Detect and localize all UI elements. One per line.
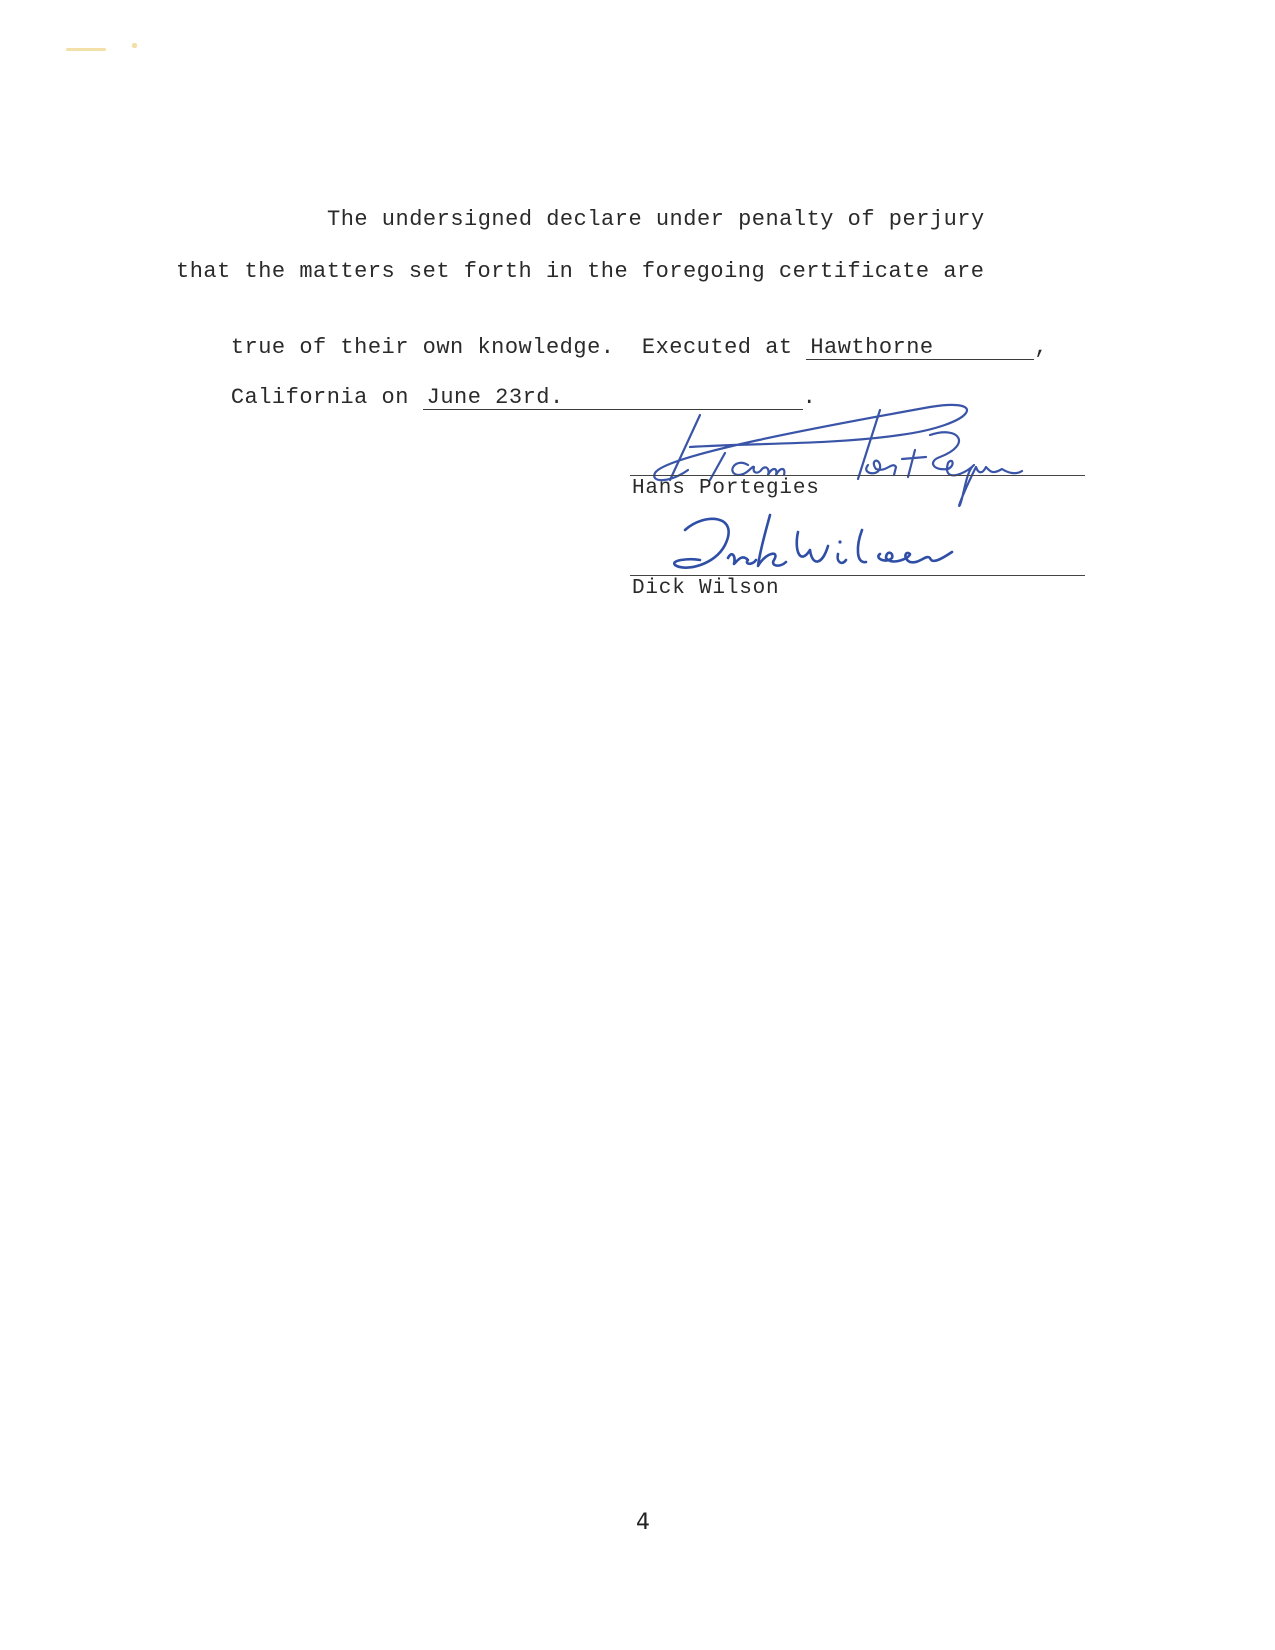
executed-at-value: Hawthorne [810, 335, 933, 360]
declaration-line-1: The undersigned declare under penalty of… [327, 207, 985, 232]
scan-artifact [132, 43, 137, 48]
executed-at-field: Hawthorne [806, 337, 1034, 360]
line-3-text: true of their own knowledge. Executed at [231, 335, 807, 360]
signature-block-dick-wilson: Dick Wilson [630, 510, 1085, 610]
page-number: 4 [636, 1510, 650, 1535]
signatory-name: Dick Wilson [632, 577, 779, 600]
signature-line [630, 575, 1085, 576]
declaration-line-2: that the matters set forth in the forego… [176, 259, 984, 284]
signatory-name: Hans Portegies [632, 477, 820, 500]
signature-block-hans-portegies: Hans Portegies [630, 395, 1085, 505]
document-page: The undersigned declare under penalty of… [0, 0, 1275, 1650]
line-3-suffix: , [1034, 335, 1048, 360]
scan-artifact [66, 48, 106, 51]
signature-line [630, 475, 1085, 476]
line-4-text: California on [231, 385, 423, 410]
date-value: June 23rd. [427, 385, 564, 410]
